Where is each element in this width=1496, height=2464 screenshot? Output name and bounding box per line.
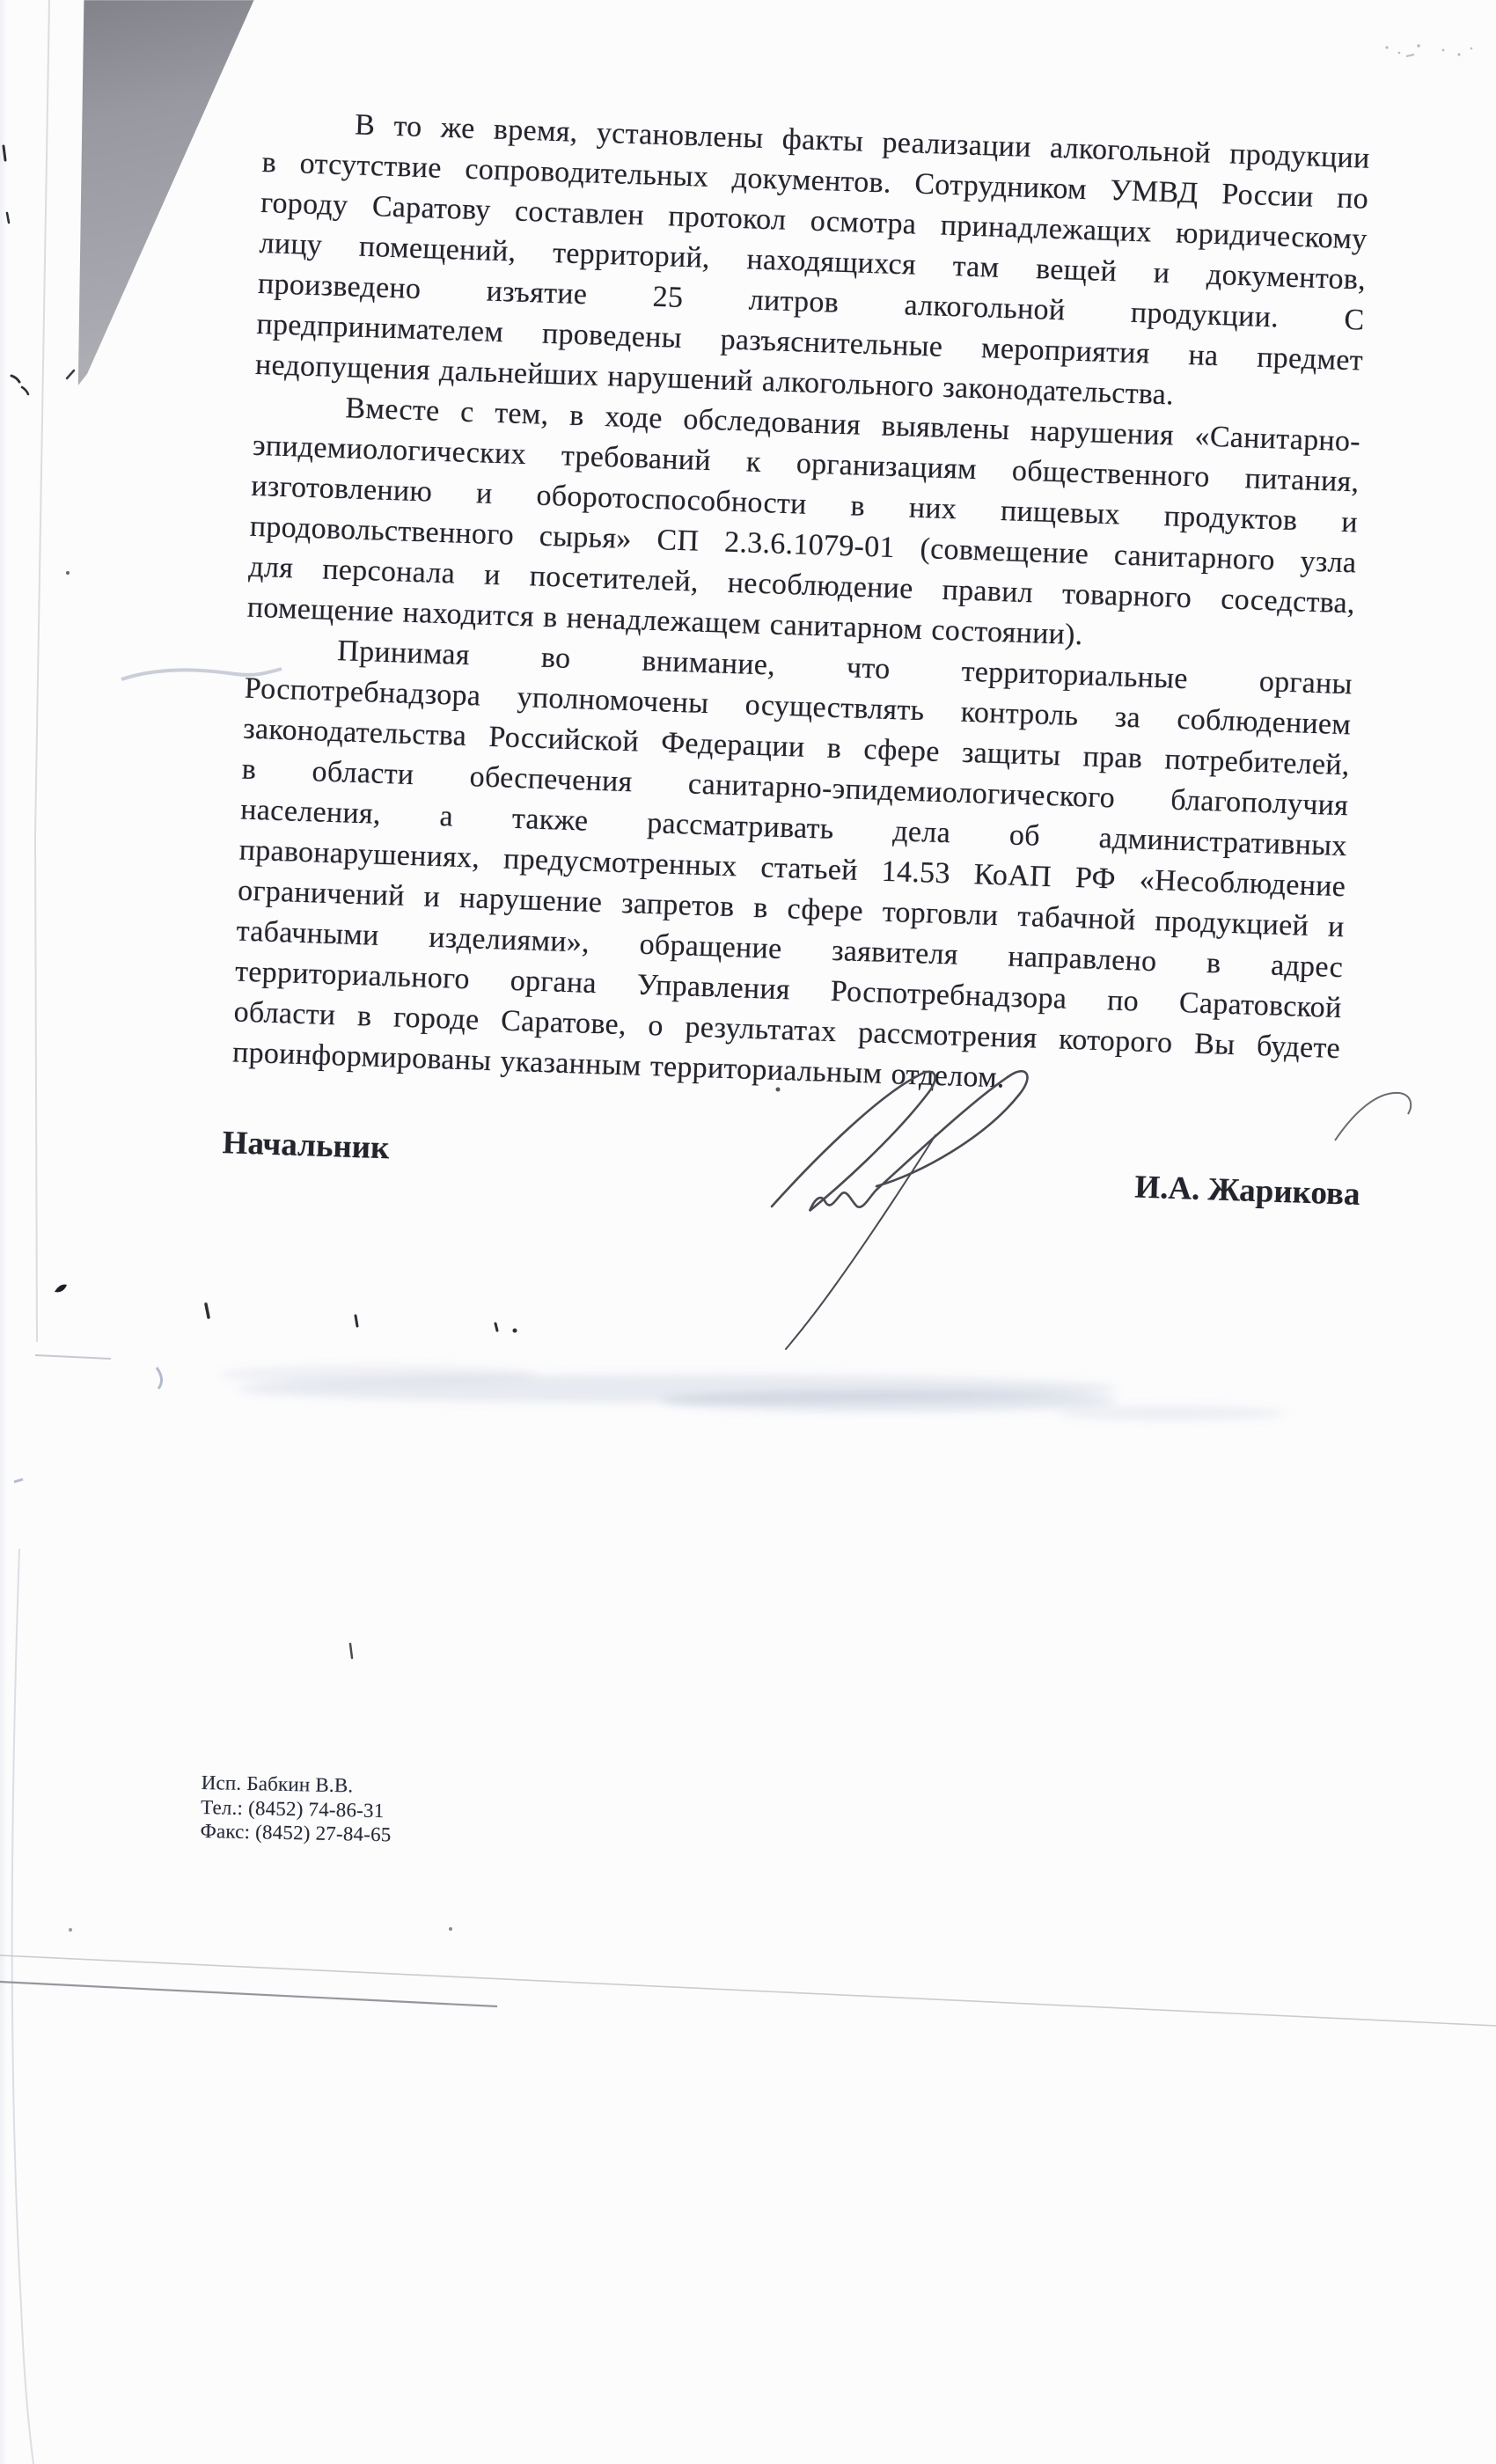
signature-row: Начальник И.А. Жарикова [229, 1124, 1337, 1199]
smudge-fleck [157, 1368, 162, 1389]
letter-body: В то же время, установлены факты реализа… [229, 102, 1370, 1199]
ink-dot [69, 1928, 72, 1932]
letter-paragraphs: В то же время, установлены факты реализа… [231, 102, 1370, 1110]
scan-curve-line [12, 1549, 33, 2464]
scan-horizontal-line-dark [0, 1982, 497, 2006]
ink-blob [55, 1285, 67, 1293]
signer-name: И.А. Жарикова [1134, 1168, 1361, 1214]
paragraph: В то же время, установлены факты реализа… [254, 102, 1370, 422]
gray-tick [14, 1479, 23, 1482]
scanned-letter-page: В то же время, установлены факты реализа… [0, 0, 1496, 2464]
executor-fax: Факс: (8452) 27-84-65 [200, 1819, 391, 1847]
scan-left-edge [0, 0, 7, 2464]
scan-vertical-line [35, 0, 49, 1342]
ink-dot [449, 1927, 452, 1931]
ink-dot [66, 571, 70, 575]
pen-curl-artifact [1335, 1093, 1411, 1140]
paragraph: Вместе с тем, в ходе обследования выявле… [246, 385, 1360, 665]
ink-dot [513, 1329, 517, 1333]
executor-phone: Тел.: (8452) 74-86-31 [201, 1794, 392, 1822]
scan-horizontal-line-light [0, 1955, 1496, 2026]
top-right-speckles [1385, 44, 1472, 56]
signer-position: Начальник [222, 1124, 390, 1168]
executor-name: Исп. Бабкин В.В. [201, 1771, 392, 1799]
gray-dash [35, 1355, 111, 1359]
page-corner-fold-artifact [0, 0, 264, 385]
executor-footer: Исп. Бабкин В.В. Тел.: (8452) 74-86-31 Ф… [200, 1771, 392, 1847]
smudge-band [220, 1366, 1285, 1420]
paragraph: Принимая во внимание, что территориальны… [231, 628, 1353, 1110]
